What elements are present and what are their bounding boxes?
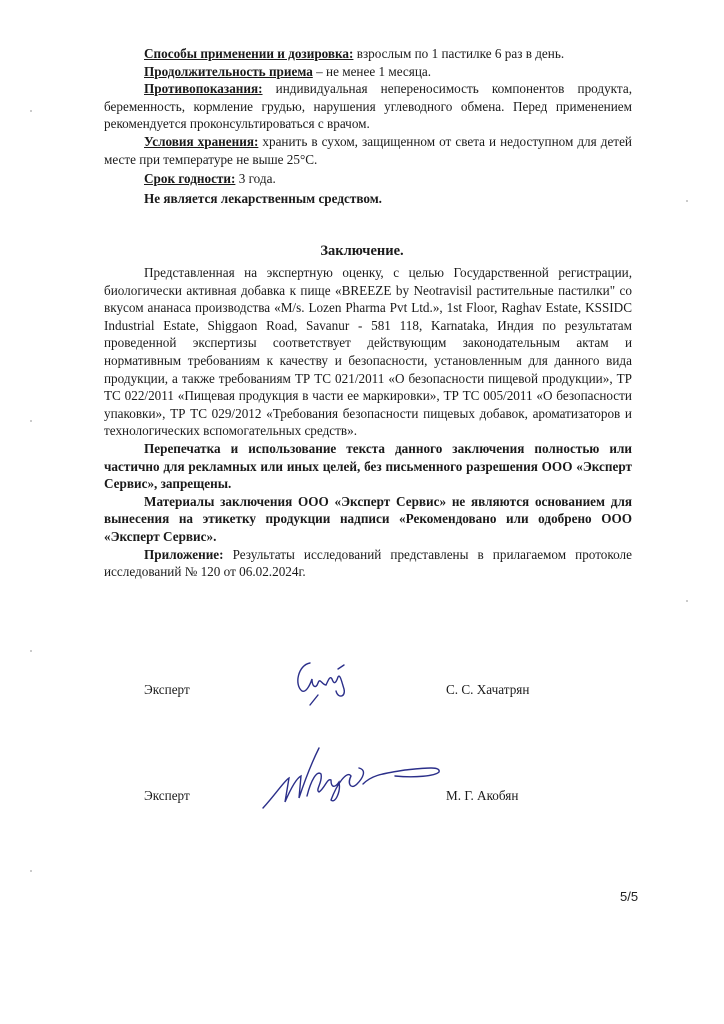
storage-paragraph: Условия хранения: хранить в сухом, защищ… — [104, 133, 632, 168]
duration-label: Продолжительность приема — [144, 64, 313, 79]
page-number: 5/5 — [620, 889, 638, 904]
scan-speck — [686, 200, 688, 202]
contraindications-label: Противопоказания: — [144, 81, 263, 96]
shelf-life-paragraph: Срок годности: 3 года. — [104, 170, 632, 188]
signature-name: М. Г. Акобян — [446, 788, 518, 804]
conclusion-section: Представленная на экспертную оценку, с ц… — [104, 264, 632, 581]
scan-speck — [30, 870, 32, 872]
signature-name: С. С. Хачатрян — [446, 682, 529, 698]
usage-text: взрослым по 1 пастилке 6 раз в день. — [353, 46, 564, 61]
contraindications-paragraph: Противопоказания: индивидуальная неперен… — [104, 80, 632, 133]
duration-paragraph: Продолжительность приема – не менее 1 ме… — [104, 63, 632, 81]
duration-text: – не менее 1 месяца. — [313, 64, 431, 79]
scan-speck — [30, 110, 32, 112]
scan-speck — [30, 420, 32, 422]
scan-speck — [30, 650, 32, 652]
signature-role: Эксперт — [144, 788, 190, 804]
scan-speck — [686, 600, 688, 602]
not-drug-notice: Не является лекарственным средством. — [104, 190, 632, 208]
conclusion-paragraph-3: Материалы заключения ООО «Эксперт Сервис… — [104, 493, 632, 546]
signature-role: Эксперт — [144, 682, 190, 698]
conclusion-title: Заключение. — [0, 243, 724, 260]
shelf-life-label: Срок годности: — [144, 171, 235, 186]
signature-2-icon — [255, 740, 455, 815]
product-info-section: Способы применении и дозировка: взрослым… — [104, 45, 632, 207]
document-page: Способы применении и дозировка: взрослым… — [0, 0, 724, 1024]
appendix-paragraph: Приложение: Результаты исследований пред… — [104, 546, 632, 581]
shelf-life-text: 3 года. — [235, 171, 275, 186]
usage-paragraph: Способы применении и дозировка: взрослым… — [104, 45, 632, 63]
conclusion-paragraph-2: Перепечатка и использование текста данно… — [104, 440, 632, 493]
signature-1-icon — [288, 655, 368, 710]
conclusion-paragraph-1: Представленная на экспертную оценку, с ц… — [104, 264, 632, 440]
storage-label: Условия хранения: — [144, 134, 258, 149]
usage-label: Способы применении и дозировка: — [144, 46, 353, 61]
appendix-label: Приложение: — [144, 547, 224, 562]
